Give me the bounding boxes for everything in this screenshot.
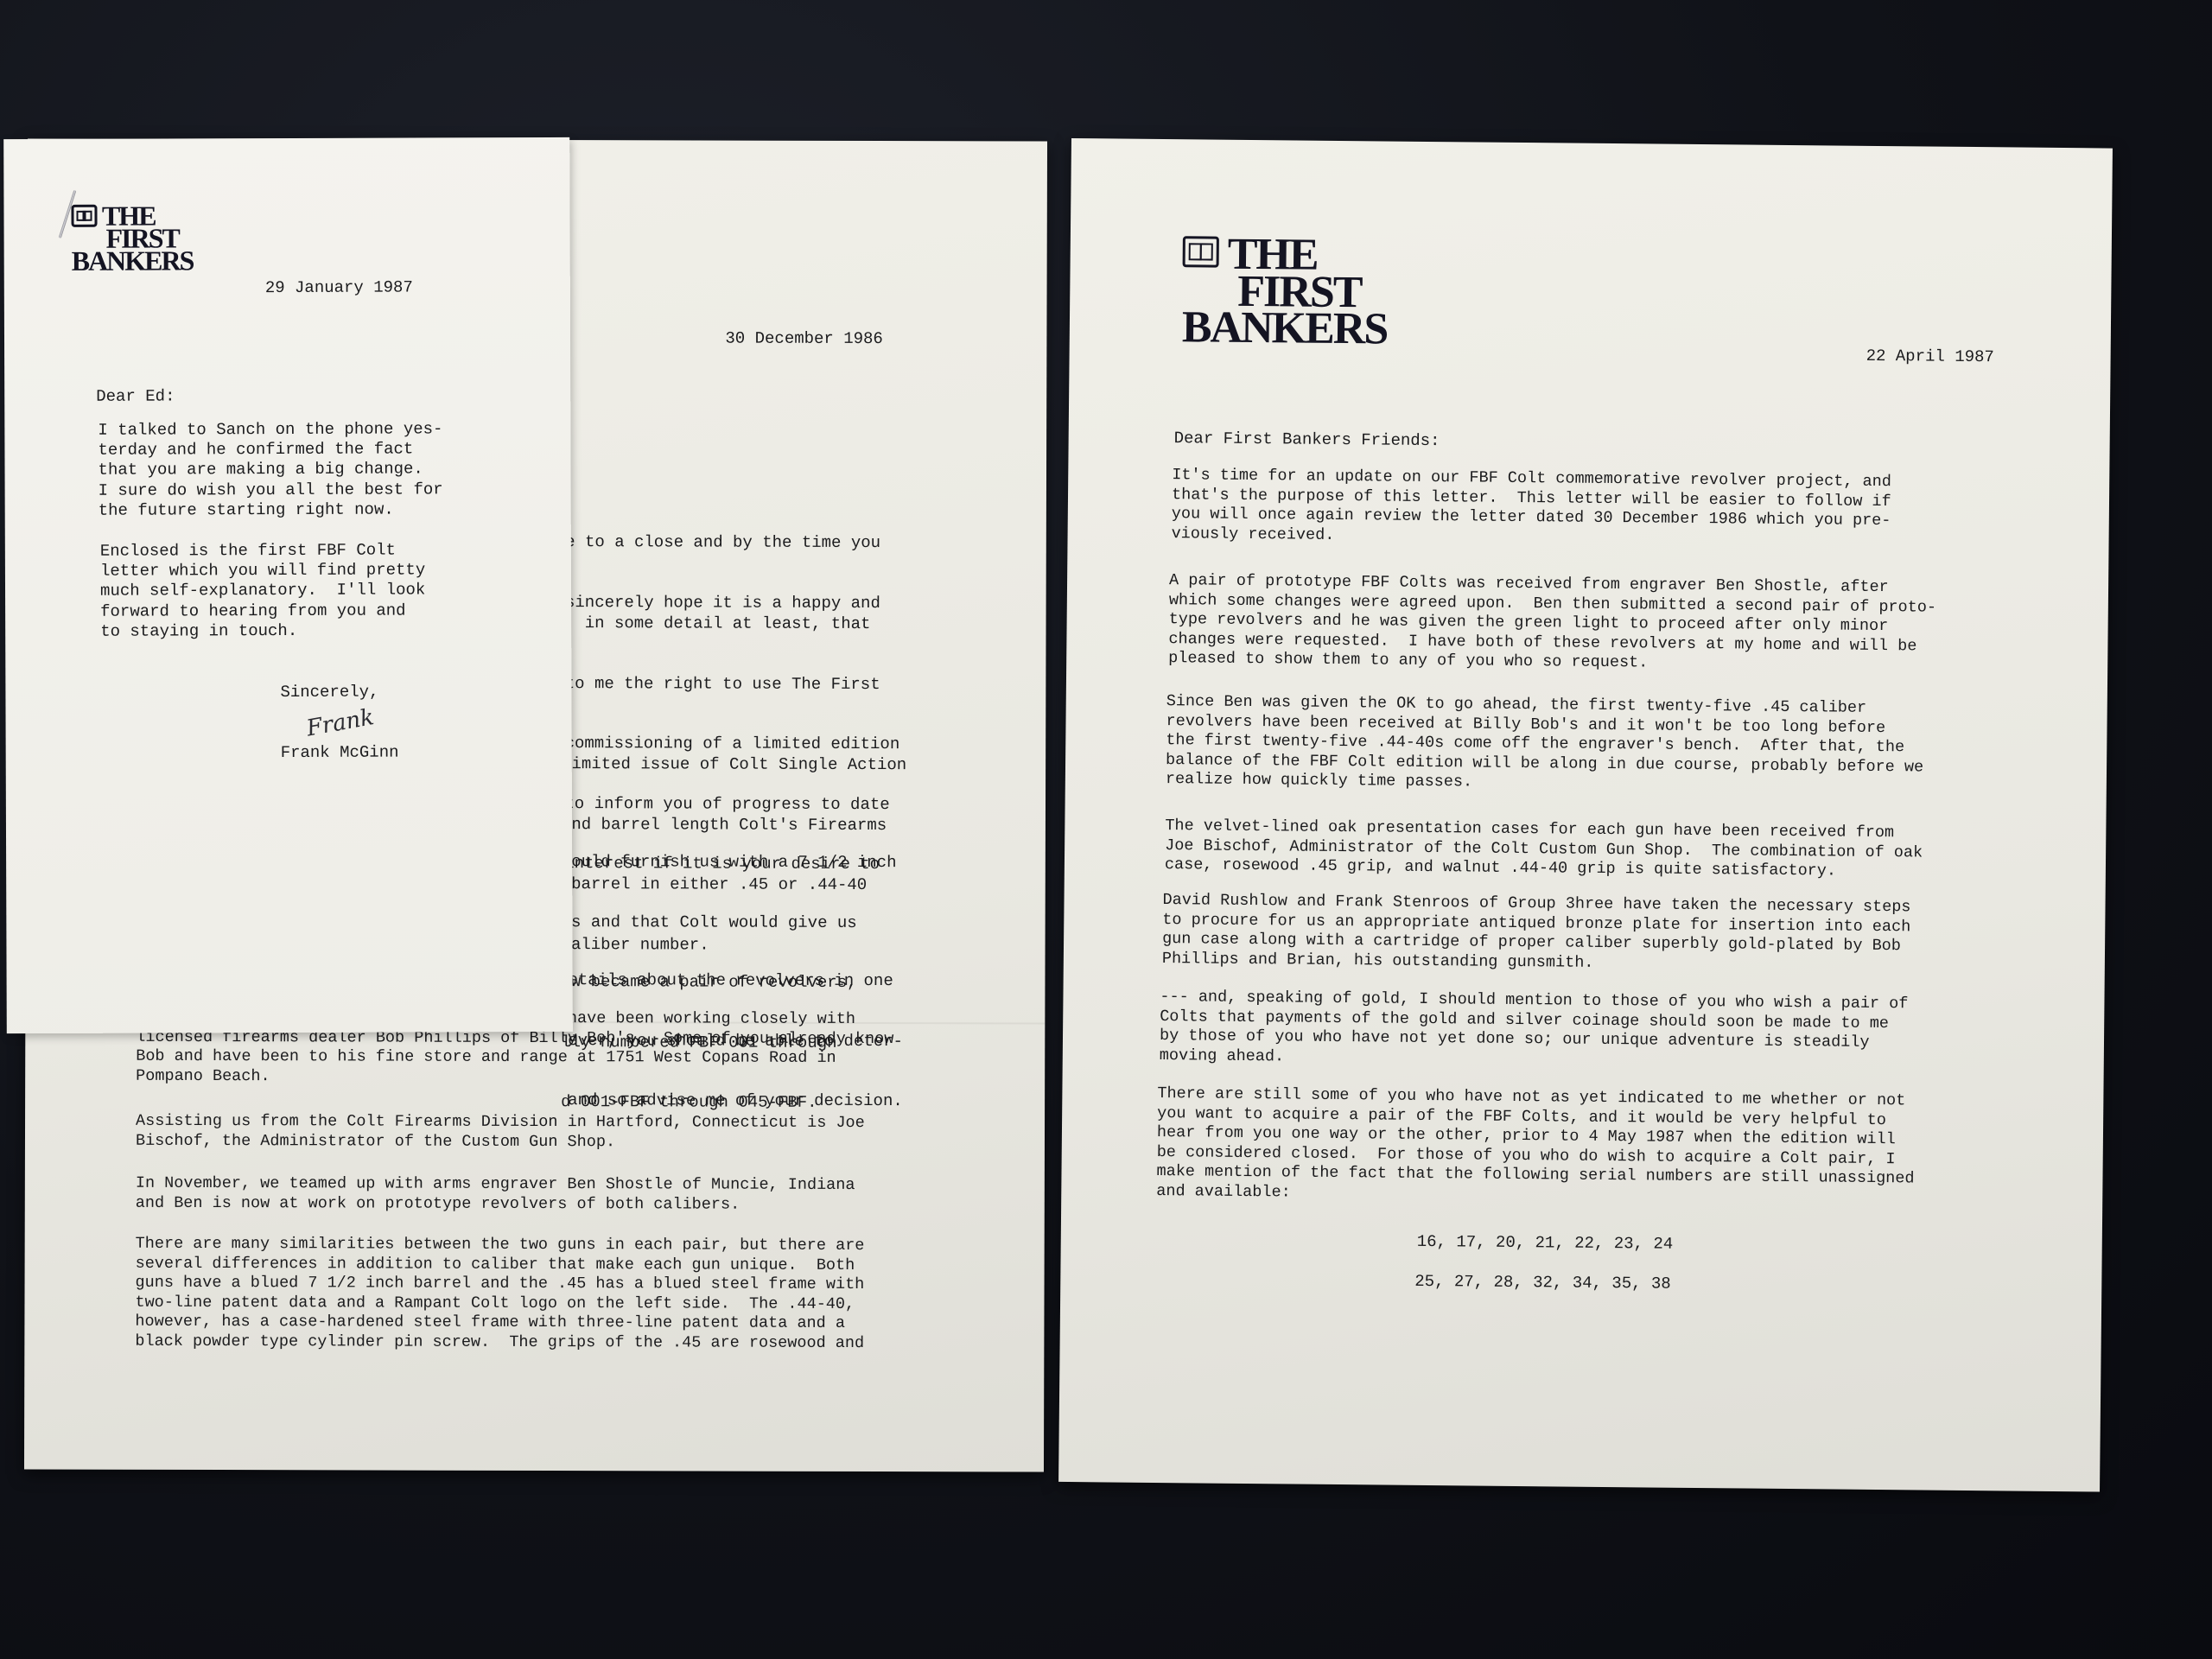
letter-date: 30 December 1986 (725, 329, 882, 348)
hexagon-logo-icon (1183, 236, 1219, 267)
text-line: etails about the revolvers in one (568, 970, 903, 991)
text-line: l, in some detail at least, that (556, 613, 900, 634)
first-bankers-logo: THE FIRST BANKERS (1182, 236, 1389, 348)
paragraph: Enclosed is the first FBF Colt letter wh… (100, 540, 426, 641)
signer-name: Frank McGinn (281, 743, 399, 762)
text-line: could furnish us with a 7 1/2 inch (562, 852, 897, 873)
first-bankers-logo: THE FIRST BANKERS (71, 204, 193, 272)
text-line: to me the right to use The First (555, 674, 899, 695)
paragraph: In November, we teamed up with arms engr… (136, 1174, 855, 1215)
paragraph: A pair of prototype FBF Colts was receiv… (1168, 571, 1936, 676)
paragraph: It's time for an update on our FBF Colt … (1171, 466, 1891, 550)
text-line: limited issue of Colt Single Action (562, 754, 906, 775)
paragraph: The velvet-lined oak presentation cases … (1165, 817, 1923, 882)
paragraph: I talked to Sanch on the phone yes- terd… (98, 419, 442, 520)
serial-numbers-row-1: 16, 17, 20, 21, 22, 23, 24 (1417, 1232, 1674, 1254)
paragraph: Assisting us from the Colt Firearms Divi… (136, 1112, 865, 1153)
paragraph: --- and, speaking of gold, I should ment… (1160, 988, 1909, 1073)
handwritten-signature: Frank (305, 704, 377, 741)
hexagon-logo-icon (71, 205, 97, 227)
letter-date: 22 April 1987 (1866, 346, 1994, 366)
salutation: Dear Ed: (96, 386, 175, 405)
letter-22-april-1987: THE FIRST BANKERS 22 April 1987 Dear Fir… (1058, 138, 2113, 1491)
paragraph: David Rushlow and Frank Stenroos of Grou… (1162, 891, 1911, 976)
closing: Sincerely, (280, 683, 378, 702)
salutation: Dear First Bankers Friends: (1174, 429, 1440, 450)
letter-29-january-1987: THE FIRST BANKERS 29 January 1987 Dear E… (3, 137, 573, 1033)
letter-date: 29 January 1987 (265, 277, 413, 297)
text-line: me to a close and by the time you (556, 532, 880, 553)
paragraph: There are still some of you who have not… (1156, 1084, 1915, 1209)
serial-numbers-row-2: 25, 27, 28, 32, 34, 35, 38 (1414, 1272, 1671, 1294)
text-line: and so advise me of your decision. (568, 1090, 903, 1111)
paragraph: Since Ben was given the OK to go ahead, … (1166, 692, 1924, 797)
paragraph: There are many similarities between the … (135, 1235, 864, 1354)
